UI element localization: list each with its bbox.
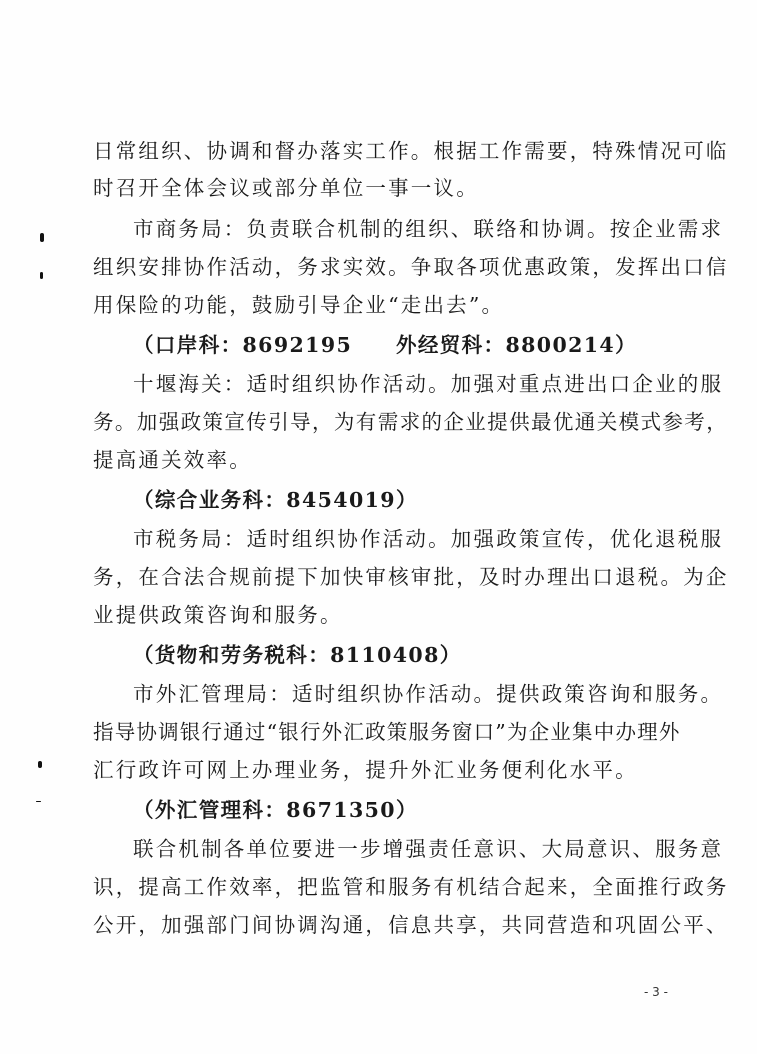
text-line: 市税务局：适时组织协作活动。加强政策宣传，优化退税服 bbox=[133, 525, 713, 553]
text-line: 务。加强政策宣传引导，为有需求的企业提供最优通关模式参考， bbox=[93, 408, 673, 436]
text-line: 用保险的功能，鼓励引导企业“走出去”。 bbox=[93, 291, 673, 319]
document-page: 日常组织、协调和督办落实工作。根据工作需要，特殊情况可临 时召开全体会议或部分单… bbox=[0, 0, 757, 1054]
contact-line: （外汇管理科：8671350） bbox=[133, 796, 713, 824]
scan-mark bbox=[40, 233, 44, 242]
text-line: 日常组织、协调和督办落实工作。根据工作需要，特殊情况可临 bbox=[93, 137, 673, 165]
text-line: 十堰海关：适时组织协作活动。加强对重点进出口企业的服 bbox=[133, 370, 713, 398]
text-line: 公开，加强部门间协调沟通，信息共享，共同营造和巩固公平、 bbox=[93, 911, 673, 939]
scan-mark bbox=[40, 272, 43, 279]
text-line: 业提供政策咨询和服务。 bbox=[93, 601, 673, 629]
text-line: 市商务局：负责联合机制的组织、联络和协调。按企业需求 bbox=[133, 215, 713, 243]
text-line: 市外汇管理局：适时组织协作活动。提供政策咨询和服务。 bbox=[133, 680, 713, 708]
text-line: 汇行政许可网上办理业务，提升外汇业务便利化水平。 bbox=[93, 756, 673, 784]
text-line: 指导协调银行通过“银行外汇政策服务窗口”为企业集中办理外 bbox=[93, 718, 673, 746]
scan-mark bbox=[38, 761, 42, 768]
text-line: 时召开全体会议或部分单位一事一议。 bbox=[93, 174, 673, 202]
text-line: 提高通关效率。 bbox=[93, 446, 673, 474]
contact-line: （综合业务科：8454019） bbox=[133, 486, 713, 514]
text-line: 组织安排协作活动，务求实效。争取各项优惠政策，发挥出口信 bbox=[93, 253, 673, 281]
page-number: - 3 - bbox=[644, 985, 668, 999]
contact-line: （口岸科：8692195 外经贸科：8800214） bbox=[133, 331, 713, 359]
text-line: 务，在合法合规前提下加快审核审批，及时办理出口退税。为企 bbox=[93, 563, 673, 591]
scan-mark bbox=[36, 801, 41, 802]
text-line: 联合机制各单位要进一步增强责任意识、大局意识、服务意 bbox=[133, 835, 713, 863]
contact-line: （货物和劳务税科：8110408） bbox=[133, 641, 713, 669]
text-line: 识，提高工作效率，把监管和服务有机结合起来，全面推行政务 bbox=[93, 873, 673, 901]
